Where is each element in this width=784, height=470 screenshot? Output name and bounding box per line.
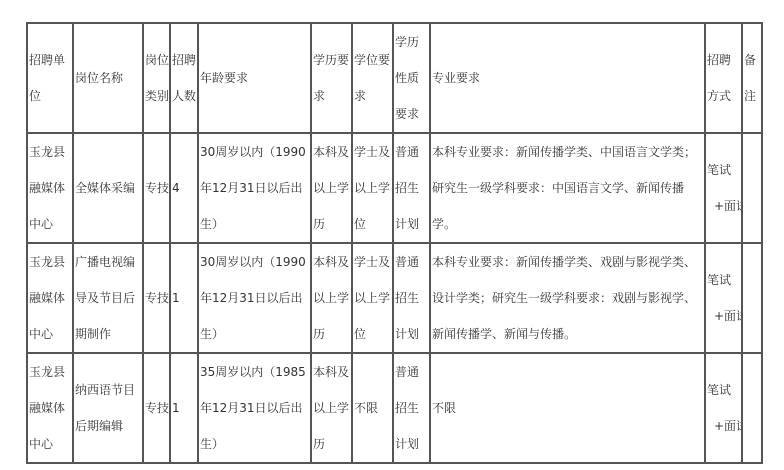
header-education: 学历要求: [311, 23, 352, 133]
cell-position: 纳西语节目后期编辑: [73, 353, 143, 463]
cell-age: 30周岁以内（1990年12月31日以后出生）: [198, 133, 311, 243]
table-row: 玉龙县融媒体中心 广播电视编导及节目后期制作 专技 1 30周岁以内（1990年…: [27, 243, 762, 353]
cell-unit: 玉龙县融媒体中心: [27, 133, 73, 243]
cell-education: 本科及以上学历: [311, 133, 352, 243]
cell-degree: 学士及以上学位: [352, 133, 393, 243]
cell-count: 1: [170, 353, 198, 463]
header-age: 年龄要求: [198, 23, 311, 133]
header-edu-nature: 学历性质要求: [393, 23, 430, 133]
header-count: 招聘人数: [170, 23, 198, 133]
cell-method: 笔试+面试: [705, 353, 742, 463]
cell-edu-nature: 普通招生计划: [393, 353, 430, 463]
cell-method: 笔试+面试: [705, 243, 742, 353]
cell-unit: 玉龙县融媒体中心: [27, 353, 73, 463]
cell-degree: 学士及以上学位: [352, 243, 393, 353]
cell-education: 本科及以上学历: [311, 243, 352, 353]
header-degree: 学位要求: [352, 23, 393, 133]
header-row: 招聘单位 岗位名称 岗位类别 招聘人数 年龄要求 学历要求 学位要求 学历性质要…: [27, 23, 762, 133]
header-method: 招聘方式: [705, 23, 742, 133]
header-category: 岗位类别: [143, 23, 170, 133]
cell-unit: 玉龙县融媒体中心: [27, 243, 73, 353]
cell-category: 专技: [143, 133, 170, 243]
table-row: 玉龙县融媒体中心 全媒体采编 专技 4 30周岁以内（1990年12月31日以后…: [27, 133, 762, 243]
header-note: 备注: [742, 23, 762, 133]
recruitment-table: 招聘单位 岗位名称 岗位类别 招聘人数 年龄要求 学历要求 学位要求 学历性质要…: [26, 22, 763, 464]
cell-edu-nature: 普通招生计划: [393, 133, 430, 243]
cell-note: [742, 133, 762, 243]
cell-count: 4: [170, 133, 198, 243]
header-unit: 招聘单位: [27, 23, 73, 133]
cell-major: 不限: [430, 353, 705, 463]
cell-category: 专技: [143, 353, 170, 463]
cell-edu-nature: 普通招生计划: [393, 243, 430, 353]
cell-category: 专技: [143, 243, 170, 353]
cell-count: 1: [170, 243, 198, 353]
cell-major: 本科专业要求：新闻传播学类、戏剧与影视学类、设计学类；研究生一级学科要求：戏剧与…: [430, 243, 705, 353]
header-major: 专业要求: [430, 23, 705, 133]
header-position: 岗位名称: [73, 23, 143, 133]
table-row: 玉龙县融媒体中心 纳西语节目后期编辑 专技 1 35周岁以内（1985年12月3…: [27, 353, 762, 463]
cell-method: 笔试+面试: [705, 133, 742, 243]
cell-note: [742, 243, 762, 353]
cell-degree: 不限: [352, 353, 393, 463]
cell-note: [742, 353, 762, 463]
cell-position: 广播电视编导及节目后期制作: [73, 243, 143, 353]
cell-age: 35周岁以内（1985年12月31日以后出生）: [198, 353, 311, 463]
cell-position: 全媒体采编: [73, 133, 143, 243]
cell-education: 本科及以上学历: [311, 353, 352, 463]
cell-age: 30周岁以内（1990年12月31日以后出生）: [198, 243, 311, 353]
cell-major: 本科专业要求：新闻传播学类、中国语言文学类；研究生一级学科要求：中国语言文学、新…: [430, 133, 705, 243]
